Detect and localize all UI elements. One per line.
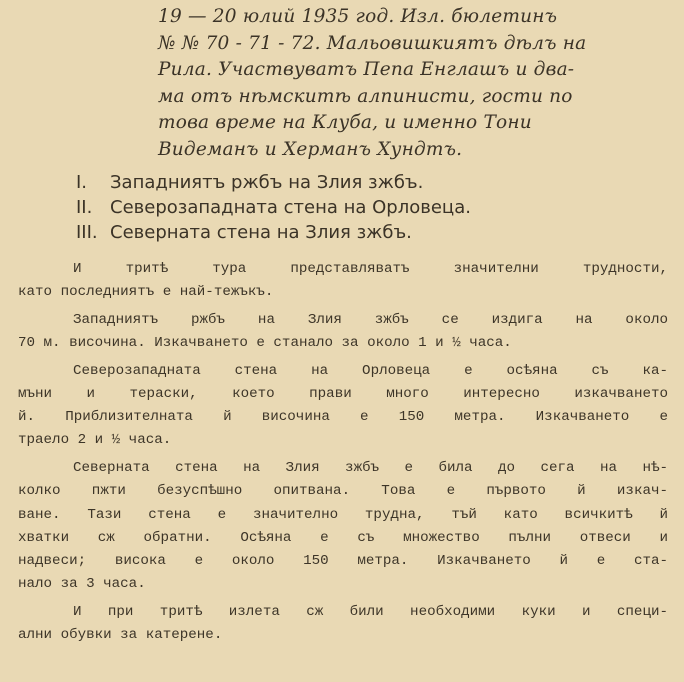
text-line: Северната стена на Злия зжбъ е била до с… [18, 457, 668, 480]
text-line: Западниятъ ржбъ на Злия зжбъ се издига н… [18, 309, 668, 332]
route-label: Северната стена на Злия зжбъ. [110, 222, 412, 243]
route-label: Западниятъ ржбъ на Злия зжбъ. [110, 172, 423, 193]
body-text: И тритѣ тура представляватъ значителни т… [18, 258, 668, 652]
header-line: ма отъ нѣмскитѣ алпинисти, гости по [158, 84, 668, 111]
text-line: ване. Тази стена е значително трудна, тъ… [18, 504, 668, 527]
header-line: това време на Клуба, и именно Тони [158, 110, 668, 137]
header-line: Рила. Участвуватъ Пепа Енглашъ и два- [158, 57, 668, 84]
route-number: I. [76, 170, 110, 195]
paragraph: И тритѣ тура представляватъ значителни т… [18, 258, 668, 304]
route-number: III. [76, 220, 110, 245]
route-number: II. [76, 195, 110, 220]
text-line: И тритѣ тура представляватъ значителни т… [18, 258, 668, 281]
paragraph: Северозападната стена на Орловеца е осѣя… [18, 360, 668, 453]
route-label: Северозападната стена на Орловеца. [110, 197, 471, 218]
route-item: I.Западниятъ ржбъ на Злия зжбъ. [76, 170, 596, 195]
text-line: мъни и тераски, което прави много интере… [18, 383, 668, 406]
text-line: 70 м. височина. Изкачването е станало за… [18, 332, 668, 355]
text-line: й. Приблизителната й височина е 150 метр… [18, 406, 668, 429]
route-item: III.Северната стена на Злия зжбъ. [76, 220, 596, 245]
text-line: като последниятъ е най-тежъкъ. [18, 281, 668, 304]
header-line: № № 70 - 71 - 72. Мальовишкиятъ дѣлъ на [158, 31, 668, 58]
text-line: колко пжти безуспѣшно опитвана. Това е п… [18, 480, 668, 503]
route-item: II.Северозападната стена на Орловеца. [76, 195, 596, 220]
paragraph: И при тритѣ излета сж били необходими ку… [18, 601, 668, 647]
routes-list: I.Западниятъ ржбъ на Злия зжбъ. II.Север… [76, 170, 596, 245]
header-line: 19 — 20 юлий 1935 год. Изл. бюлетинъ [158, 4, 668, 31]
paragraph: Северната стена на Злия зжбъ е била до с… [18, 457, 668, 596]
header-paragraph: 19 — 20 юлий 1935 год. Изл. бюлетинъ № №… [158, 4, 668, 163]
text-line: надвеси; висока е около 150 метра. Изкач… [18, 550, 668, 573]
text-line: И при тритѣ излета сж били необходими ку… [18, 601, 668, 624]
paragraph: Западниятъ ржбъ на Злия зжбъ се издига н… [18, 309, 668, 355]
text-line: Северозападната стена на Орловеца е осѣя… [18, 360, 668, 383]
text-line: ални обувки за катерене. [18, 624, 668, 647]
header-line: Видеманъ и Херманъ Хундтъ. [158, 137, 668, 164]
text-line: нало за 3 часа. [18, 573, 668, 596]
text-line: траело 2 и ½ часа. [18, 429, 668, 452]
text-line: хватки сж обратни. Осѣяна е съ множество… [18, 527, 668, 550]
